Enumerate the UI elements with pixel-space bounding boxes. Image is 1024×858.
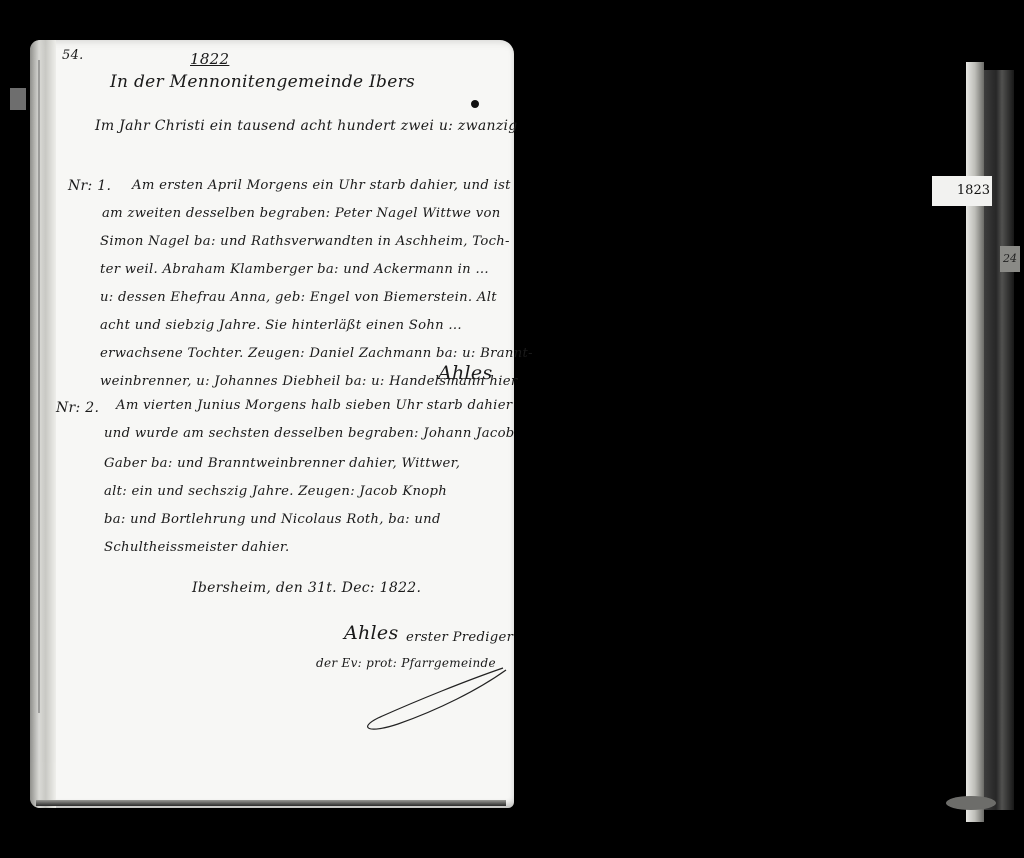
title-line-2: Im Jahr Christi ein tausend acht hundert… — [95, 118, 518, 134]
spine-small-label: 24 — [1000, 246, 1020, 272]
signature-flourish — [358, 650, 508, 730]
spine-year-label: 1823 — [932, 176, 992, 206]
entry-2-line: alt: ein und sechszig Jahre. Zeugen: Jac… — [104, 484, 447, 499]
page-tab-marker — [10, 88, 26, 110]
entry-1-number: Nr: 1. — [68, 178, 111, 194]
entry-2-line: Schultheissmeister dahier. — [104, 540, 290, 555]
spine-foot — [946, 796, 996, 810]
entry-2-line: Gaber ba: und Branntweinbrenner dahier, … — [104, 456, 460, 471]
year-heading: 1822 — [190, 50, 229, 68]
closing-signature-title: erster Prediger — [406, 630, 513, 645]
page-bottom-edge — [36, 800, 506, 806]
entry-1-line: am zweiten desselben begraben: Peter Nag… — [102, 206, 501, 221]
entry-1-line: u: dessen Ehefrau Anna, geb: Engel von B… — [100, 290, 497, 305]
entry-2-line: Am vierten Junius Morgens halb sieben Uh… — [116, 398, 512, 413]
title-line-1: In der Mennonitengemeinde Ibers — [110, 72, 415, 92]
closing-place-date: Ibersheim, den 31t. Dec: 1822. — [192, 580, 421, 596]
entry-2-line: ba: und Bortlehrung und Nicolaus Roth, b… — [104, 512, 441, 527]
closing-signature: Ahles — [344, 622, 399, 644]
ink-dot — [471, 100, 479, 108]
entry-1-line: ter weil. Abraham Klamberger ba: und Ack… — [100, 262, 489, 277]
entry-1-line: Simon Nagel ba: und Rathsverwandten in A… — [100, 234, 510, 249]
entry-1-line: acht und siebzig Jahre. Sie hinterläßt e… — [100, 318, 462, 333]
page-number: 54. — [62, 48, 84, 63]
page-left-edge — [30, 40, 56, 808]
entry-1-line: erwachsene Tochter. Zeugen: Daniel Zachm… — [100, 346, 533, 361]
entry-2-line: und wurde am sechsten desselben begraben… — [104, 426, 515, 441]
entry-1-signature: Ahles — [438, 362, 493, 384]
dark-background — [514, 0, 1024, 858]
entry-1-line: Am ersten April Morgens ein Uhr starb da… — [132, 178, 511, 193]
entry-2-number: Nr: 2. — [56, 400, 99, 416]
